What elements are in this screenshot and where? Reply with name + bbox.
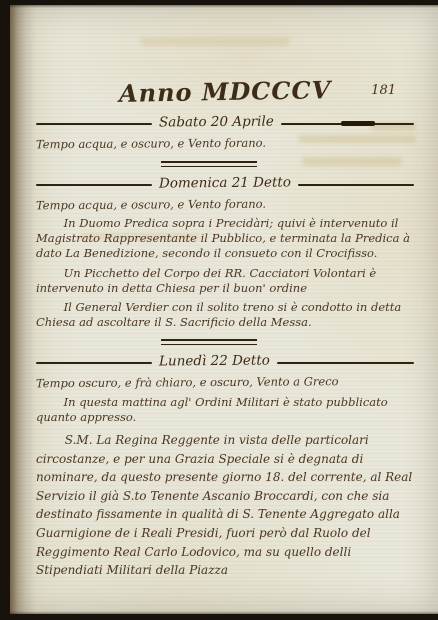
weather-note: Tempo oscuro, e frà chiaro, e oscuro, Ve… bbox=[36, 374, 414, 392]
page-bottom-edge bbox=[10, 611, 438, 614]
title-row: Anno MDCCCV 181 bbox=[36, 77, 414, 106]
entry-paragraph: In Duomo Predica sopra i Precidàri; quiv… bbox=[36, 216, 414, 262]
folio-number: 181 bbox=[371, 83, 396, 98]
heading-rule-right bbox=[298, 184, 414, 186]
manuscript-page: Anno MDCCCV 181 Sabato 20 Aprile Tempo a… bbox=[10, 5, 438, 614]
heading-rule-left bbox=[36, 184, 152, 186]
entry-paragraph: Il General Verdier con il solito treno s… bbox=[36, 300, 414, 330]
manuscript-photo: Anno MDCCCV 181 Sabato 20 Aprile Tempo a… bbox=[0, 0, 438, 620]
weather-note: Tempo acqua, e oscuro, e Vento forano. bbox=[36, 195, 414, 213]
heading-rule-left bbox=[36, 362, 152, 364]
page-content: Anno MDCCCV 181 Sabato 20 Aprile Tempo a… bbox=[36, 5, 414, 580]
entry-heading-lunedi: Lunedì 22 Detto bbox=[36, 355, 414, 371]
heading-rule-right bbox=[281, 123, 414, 125]
entry-paragraph: In questa mattina agl' Ordini Militari è… bbox=[36, 395, 414, 425]
year-title: Anno MDCCCV bbox=[119, 75, 332, 108]
entry-heading-domenica: Domenica 21 Detto bbox=[36, 177, 414, 193]
entry-paragraph: Un Picchetto del Corpo dei RR. Cacciator… bbox=[36, 266, 414, 296]
book-binding-shadow bbox=[10, 5, 36, 614]
heading-rule-left bbox=[36, 123, 152, 125]
ink-blot bbox=[341, 121, 375, 126]
entry-date-label: Lunedì 22 Detto bbox=[152, 353, 277, 370]
entry-divider bbox=[161, 339, 257, 345]
entry-divider bbox=[161, 161, 257, 167]
entry-date-label: Domenica 21 Detto bbox=[152, 174, 298, 191]
entry-paragraph: S.M. La Regina Reggente in vista delle p… bbox=[36, 431, 414, 580]
weather-note: Tempo acqua, e oscuro, e Vento forano. bbox=[36, 135, 414, 153]
entry-heading-sabato: Sabato 20 Aprile bbox=[36, 116, 414, 132]
entry-date-label: Sabato 20 Aprile bbox=[152, 113, 281, 130]
heading-rule-right bbox=[277, 362, 414, 364]
